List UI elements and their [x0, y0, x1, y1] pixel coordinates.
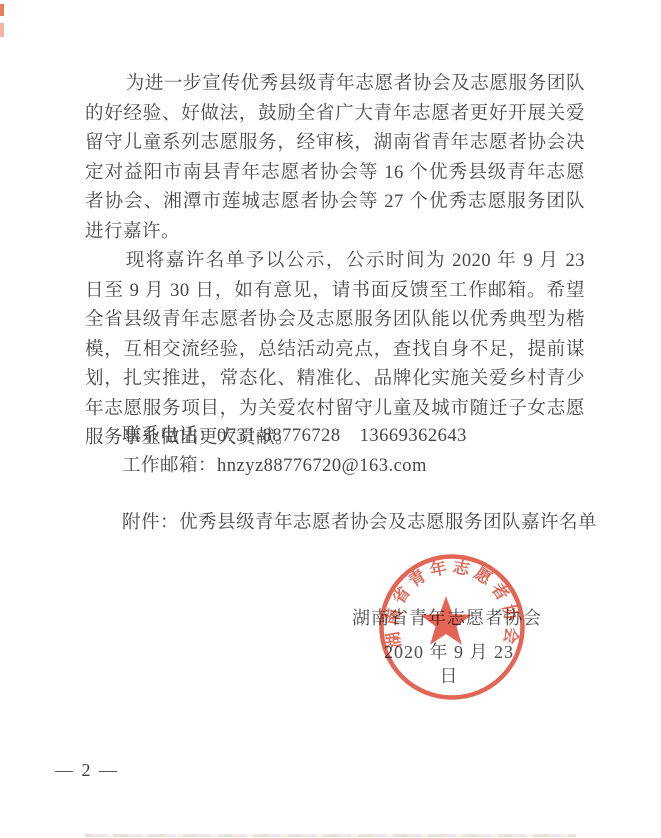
- contact-phone-line: 联系电话：0731-88776728 13669362643: [85, 422, 585, 452]
- seal-arc-text-holder: 湖南省青年志愿者协会: [381, 556, 522, 650]
- attachment-line: 附件：优秀县级青年志愿者协会及志愿服务团队嘉许名单: [85, 509, 605, 539]
- signature-date: 2020 年 9 月 23 日: [378, 640, 520, 688]
- signature-organization: 湖南省青年志愿者协会: [352, 606, 542, 630]
- scan-artifact-red-tick-top: [0, 4, 4, 16]
- document-body: 为进一步宣传优秀县级青年志愿者协会及志愿服务团队的好经验、好做法，鼓励全省广大青…: [85, 70, 585, 454]
- contact-email-line: 工作邮箱：hnzyz88776720@163.com: [85, 452, 585, 482]
- scan-artifact-bottom-strip: [85, 834, 576, 837]
- scanned-document-page: 为进一步宣传优秀县级青年志愿者协会及志愿服务团队的好经验、好做法，鼓励全省广大青…: [0, 0, 661, 838]
- scan-artifact-red-tick-bottom: [0, 23, 4, 37]
- paragraph-intro: 为进一步宣传优秀县级青年志愿者协会及志愿服务团队的好经验、好做法，鼓励全省广大青…: [85, 70, 585, 247]
- seal-arc-text: 湖南省青年志愿者协会: [381, 556, 522, 650]
- page-number: — 2 —: [55, 758, 119, 782]
- contact-block: 联系电话：0731-88776728 13669362643 工作邮箱：hnzy…: [85, 422, 585, 481]
